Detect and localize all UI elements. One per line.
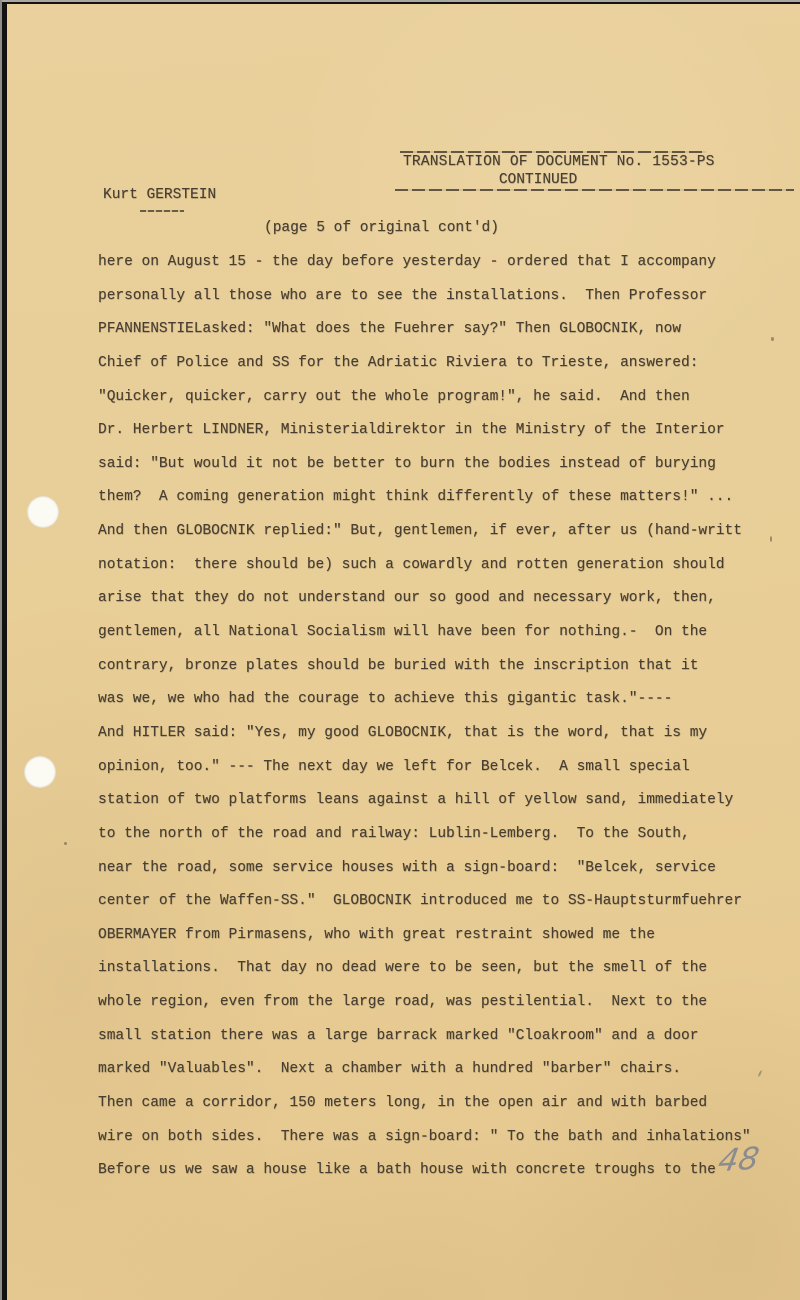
typed-body: here on August 15 - the day before yeste… — [98, 254, 751, 1196]
typed-line: gentlemen, all National Socialism will h… — [98, 624, 751, 658]
typed-line: Before us we saw a house like a bath hou… — [98, 1162, 751, 1196]
scan-edge-left — [0, 0, 2, 1300]
typed-line: was we, we who had the courage to achiev… — [98, 691, 751, 725]
punch-hole — [24, 756, 56, 788]
paper-speck — [758, 1070, 763, 1077]
typed-line: station of two platforms leans against a… — [98, 792, 751, 826]
typed-line: them? A coming generation might think di… — [98, 489, 751, 523]
typed-line: And then GLOBOCNIK replied:" But, gentle… — [98, 523, 751, 557]
typed-line: said: "But would it not be better to bur… — [98, 456, 751, 490]
paper-speck — [771, 337, 774, 341]
typed-line: notation: there should be) such a coward… — [98, 557, 751, 591]
typed-line: small station there was a large barrack … — [98, 1028, 751, 1062]
typed-line: personally all those who are to see the … — [98, 288, 751, 322]
typed-line: PFANNENSTIELasked: "What does the Fuehre… — [98, 321, 751, 355]
scan-edge-top — [0, 0, 800, 2]
paper-speck — [770, 536, 772, 542]
typed-line: Dr. Herbert LINDNER, Ministerialdirektor… — [98, 422, 751, 456]
typed-line: OBERMAYER from Pirmasens, who with great… — [98, 927, 751, 961]
punch-hole — [27, 496, 59, 528]
document-page: TRANSLATION OF DOCUMENT No. 1553-PS CONT… — [7, 4, 800, 1300]
handwritten-page-number: 48 — [715, 1141, 761, 1180]
author-name: Kurt GERSTEIN — [103, 187, 216, 203]
author-underline — [140, 210, 184, 212]
typed-line: center of the Waffen-SS." GLOBOCNIK intr… — [98, 893, 751, 927]
typed-line: installations. That day no dead were to … — [98, 960, 751, 994]
typed-line: wire on both sides. There was a sign-boa… — [98, 1129, 751, 1163]
typed-line: to the north of the road and railway: Lu… — [98, 826, 751, 860]
stamp-rule-bottom — [395, 189, 794, 191]
document-stamp-title: TRANSLATION OF DOCUMENT No. 1553-PS — [403, 154, 715, 170]
typed-line: arise that they do not understand our so… — [98, 590, 751, 624]
typed-line: And HITLER said: "Yes, my good GLOBOCNIK… — [98, 725, 751, 759]
document-stamp-continued: CONTINUED — [403, 172, 673, 188]
typed-line: contrary, bronze plates should be buried… — [98, 658, 751, 692]
typed-line: opinion, too." --- The next day we left … — [98, 759, 751, 793]
typed-line: marked "Valuables". Next a chamber with … — [98, 1061, 751, 1095]
typed-line: Chief of Police and SS for the Adriatic … — [98, 355, 751, 389]
typed-line: whole region, even from the large road, … — [98, 994, 751, 1028]
typed-line: here on August 15 - the day before yeste… — [98, 254, 751, 288]
typed-line: near the road, some service houses with … — [98, 860, 751, 894]
page-note: (page 5 of original cont'd) — [264, 220, 499, 236]
typed-line: Then came a corridor, 150 meters long, i… — [98, 1095, 751, 1129]
stamp-rule-top — [400, 151, 706, 153]
typed-line: "Quicker, quicker, carry out the whole p… — [98, 389, 751, 423]
paper-speck — [64, 842, 67, 845]
